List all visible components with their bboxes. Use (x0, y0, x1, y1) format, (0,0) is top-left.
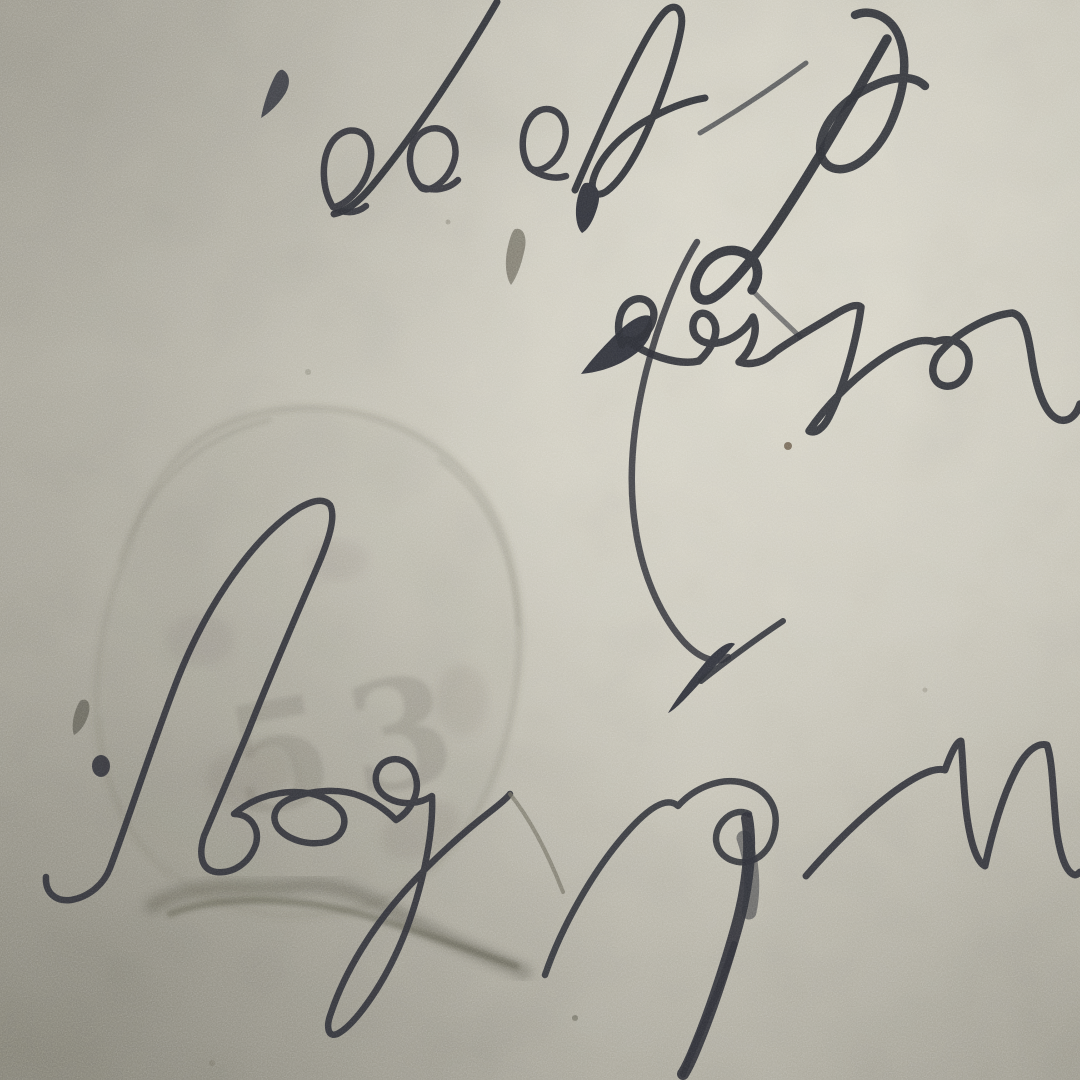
paper-texture (0, 0, 1080, 1080)
texture-fibers (0, 0, 1080, 1080)
handwriting-photo-canvas: 53 (0, 0, 1080, 1080)
photo-of-handwriting: 53 (0, 0, 1080, 1080)
